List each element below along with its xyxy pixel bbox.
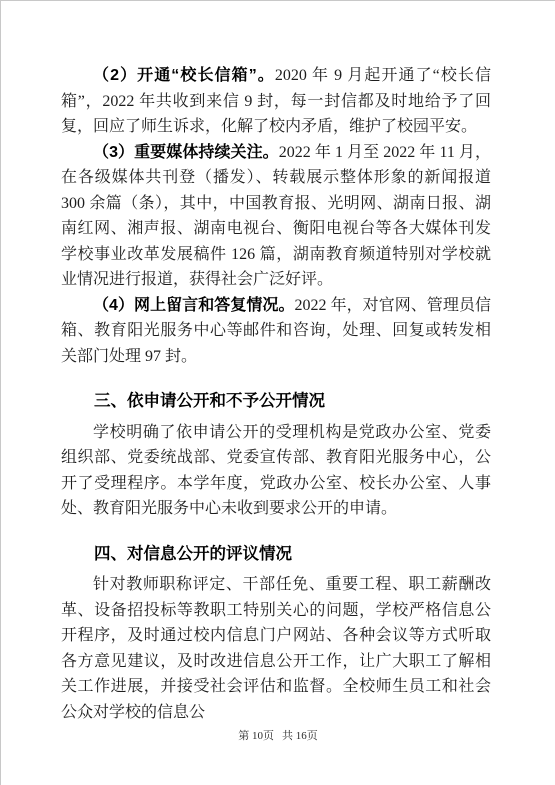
paragraph-online-reply: （4）网上留言和答复情况。2022 年，对官网、管理员信箱、教育阳光服务中心等邮… xyxy=(61,293,491,370)
footer-total-pages: 共 16页 xyxy=(282,727,318,743)
paragraph-mailbox: （2）开通“校长信箱”。2020 年 9 月起开通了“校长信箱”，2022 年共… xyxy=(61,63,491,140)
footer-page-number: 第 10页 xyxy=(238,727,274,743)
paragraph-media-text: 2022 年 1 月至 2022 年 11 月，在各级媒体共刊登（播发）、转载展… xyxy=(61,144,491,289)
section-heading-3: 三、依申请公开和不予公开情况 xyxy=(61,389,491,415)
document-page: （2）开通“校长信箱”。2020 年 9 月起开通了“校长信箱”，2022 年共… xyxy=(0,0,555,785)
paragraph-mailbox-lead: （2）开通“校长信箱”。 xyxy=(93,67,275,84)
paragraph-media: （3）重要媒体持续关注。2022 年 1 月至 2022 年 11 月，在各级媒… xyxy=(61,140,491,293)
section-heading-4: 四、对信息公开的评议情况 xyxy=(61,542,491,568)
paragraph-evaluation: 针对教师职称评定、干部任免、重要工程、职工薪酬改革、设备招投标等教职工特别关心的… xyxy=(61,572,491,725)
document-body: （2）开通“校长信箱”。2020 年 9 月起开通了“校长信箱”，2022 年共… xyxy=(61,63,491,725)
page-footer: 第 10页共 16页 xyxy=(1,727,555,743)
paragraph-online-reply-lead: （4）网上留言和答复情况。 xyxy=(93,297,295,314)
paragraph-application-disclosure: 学校明确了依申请公开的受理机构是党政办公室、党委组织部、党委统战部、党委宣传部、… xyxy=(61,420,491,522)
paragraph-media-lead: （3）重要媒体持续关注。 xyxy=(93,144,279,161)
